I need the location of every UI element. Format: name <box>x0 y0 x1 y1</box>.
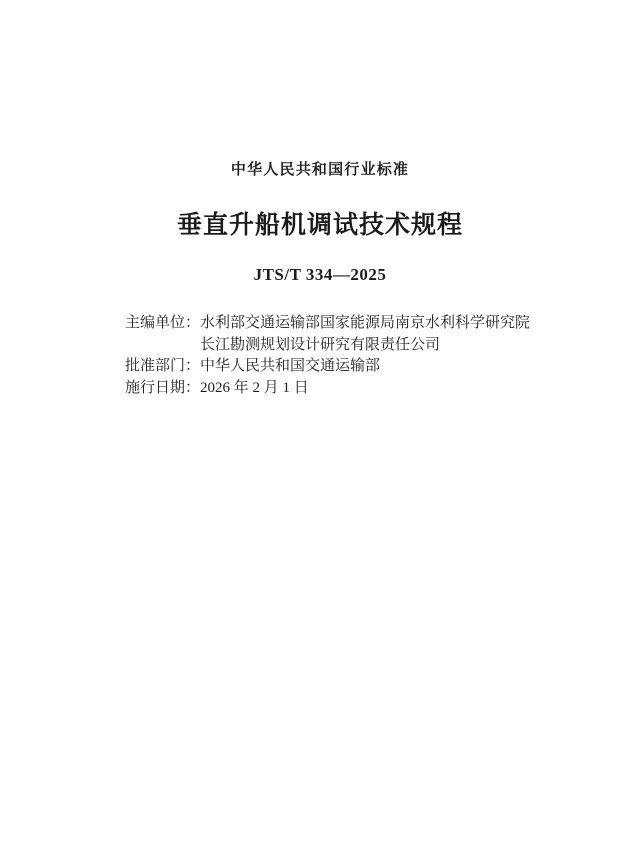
page-title: 垂直升船机调试技术规程 <box>0 211 640 239</box>
publication-info: 主编单位： 水利部交通运输部国家能源局南京水利科学研究院 长江勘测规划设计研究有… <box>125 313 555 399</box>
effective-date-value: 2026 年 2 月 1 日 <box>200 378 555 400</box>
editor-org-value: 水利部交通运输部国家能源局南京水利科学研究院 长江勘测规划设计研究有限责任公司 <box>200 313 555 356</box>
approval-dept-row: 批准部门： 中华人民共和国交通运输部 <box>125 356 555 378</box>
editor-org-row: 主编单位： 水利部交通运输部国家能源局南京水利科学研究院 长江勘测规划设计研究有… <box>125 313 555 356</box>
approval-dept-label: 批准部门： <box>125 356 200 378</box>
standard-category-heading: 中华人民共和国行业标准 <box>0 161 640 178</box>
effective-date-label: 施行日期： <box>125 378 200 400</box>
approval-dept-value: 中华人民共和国交通运输部 <box>200 356 555 378</box>
editor-org-line-2: 长江勘测规划设计研究有限责任公司 <box>200 337 440 353</box>
editor-org-label: 主编单位： <box>125 313 200 335</box>
document-page: 中华人民共和国行业标准 垂直升船机调试技术规程 JTS/T 334—2025 主… <box>0 0 640 862</box>
editor-org-line-1: 水利部交通运输部国家能源局南京水利科学研究院 <box>200 315 530 331</box>
effective-date-row: 施行日期： 2026 年 2 月 1 日 <box>125 378 555 400</box>
standard-number: JTS/T 334—2025 <box>0 265 640 284</box>
